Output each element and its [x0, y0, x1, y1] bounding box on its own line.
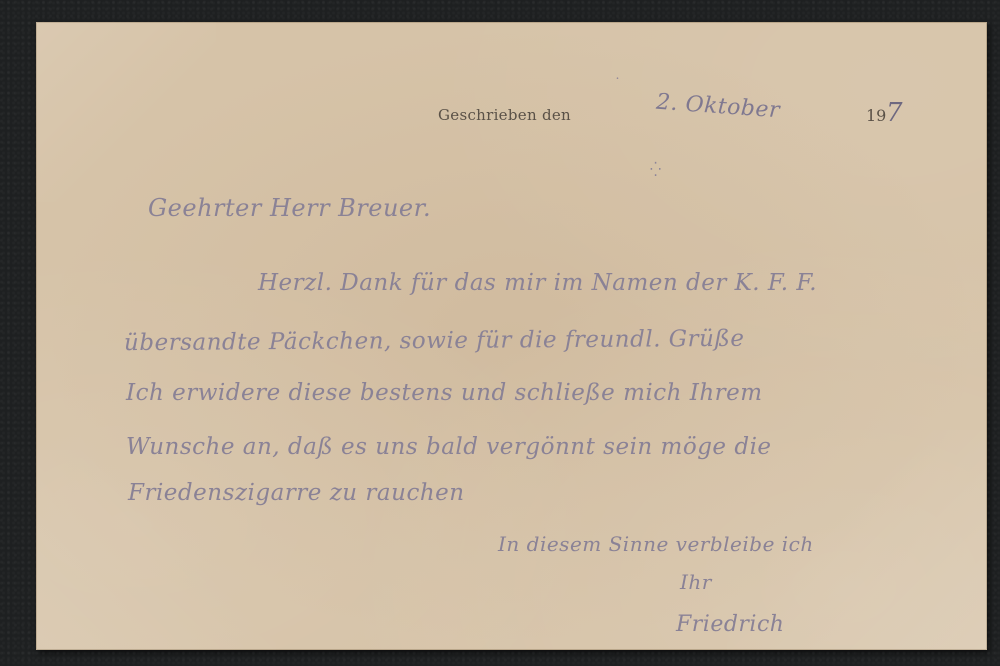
- body-line-4: Wunsche an, daß es uns bald vergönnt sei…: [126, 434, 772, 460]
- printed-year-prefix: 19: [866, 106, 886, 125]
- signoff: Ihr: [680, 570, 712, 594]
- closing-line: In diesem Sinne verbleibe ich: [498, 532, 814, 556]
- signature: Friedrich: [676, 612, 784, 637]
- pencil-mark: ˙: [614, 76, 621, 92]
- body-line-5: Friedenszigarre zu rauchen: [128, 480, 465, 506]
- pencil-mark: ⁛: [650, 162, 661, 178]
- paper-crease: [36, 22, 216, 202]
- postcard: ˙ ⁛ Geschrieben den 2. Oktober 19 7 Geeh…: [36, 22, 987, 650]
- handwritten-date: 2. Oktober: [655, 90, 781, 124]
- body-line-1: Herzl. Dank für das mir im Namen der K. …: [258, 270, 817, 296]
- handwritten-year-digit: 7: [886, 98, 903, 128]
- printed-date-label: Geschrieben den: [438, 106, 571, 124]
- body-line-3: Ich erwidere diese bestens und schließe …: [126, 380, 763, 406]
- salutation: Geehrter Herr Breuer.: [148, 194, 431, 222]
- body-line-2: übersandte Päckchen, sowie für die freun…: [124, 326, 745, 356]
